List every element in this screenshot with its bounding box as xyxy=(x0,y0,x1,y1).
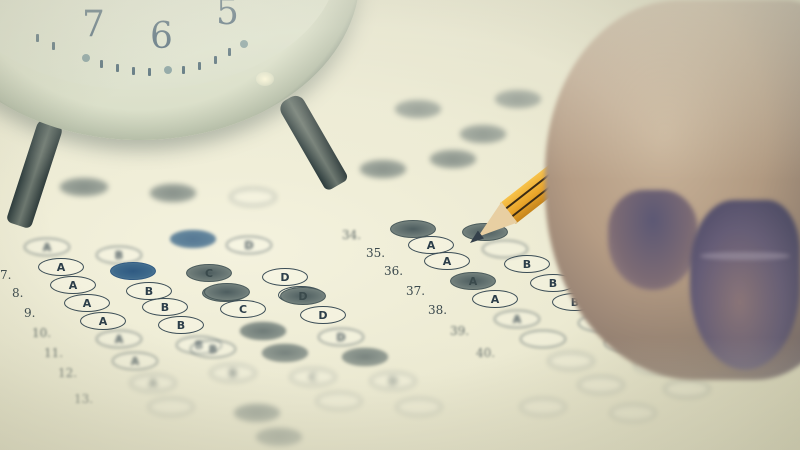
question-number: 37. xyxy=(406,284,425,298)
finger-crease xyxy=(700,252,790,260)
clock-leg-right xyxy=(277,92,350,192)
clock-tick xyxy=(182,66,185,74)
photo-scene: A B D 7. A C D 8. A B C D 9. A B D A B C… xyxy=(0,0,800,450)
answer-bubble: A xyxy=(130,374,176,392)
answer-bubble: A xyxy=(424,252,470,270)
clock-numeral: 7 xyxy=(82,4,105,45)
question-number: 38. xyxy=(428,303,447,317)
question-number: 12. xyxy=(58,366,77,380)
question-number: 40. xyxy=(476,346,495,360)
answer-bubble xyxy=(395,100,441,118)
clock-tick xyxy=(36,34,39,42)
question-number: 8. xyxy=(12,286,23,300)
answer-bubble xyxy=(360,160,406,178)
question-number: 7. xyxy=(0,268,11,282)
answer-bubble xyxy=(460,125,506,143)
answer-bubble-filled: D xyxy=(280,287,326,305)
answer-bubble: A xyxy=(96,330,142,348)
answer-bubble xyxy=(396,398,442,416)
answer-bubble xyxy=(148,398,194,416)
clock-tick xyxy=(228,48,231,56)
clock-tick xyxy=(214,56,217,64)
clock-tick xyxy=(164,66,172,74)
answer-bubble xyxy=(578,376,624,394)
answer-bubble: D xyxy=(370,372,416,390)
answer-bubble xyxy=(150,184,196,202)
answer-bubble: A xyxy=(494,310,540,328)
clock-tick xyxy=(198,62,201,70)
answer-bubble: D xyxy=(262,268,308,286)
question-number: 9. xyxy=(24,306,35,320)
question-number: 34. xyxy=(342,228,361,242)
answer-bubble xyxy=(316,392,362,410)
answer-bubble xyxy=(520,398,566,416)
answer-bubble xyxy=(60,178,108,196)
clock-glint xyxy=(256,72,274,86)
answer-bubble: A xyxy=(64,294,110,312)
answer-bubble-filled xyxy=(170,230,216,248)
finger xyxy=(690,200,800,370)
question-number: 39. xyxy=(450,324,469,338)
question-number: 36. xyxy=(384,264,403,278)
answer-bubble xyxy=(548,352,594,370)
answer-bubble: A xyxy=(50,276,96,294)
answer-bubble: B xyxy=(158,316,204,334)
answer-bubble: A xyxy=(112,352,158,370)
answer-bubble xyxy=(520,330,566,348)
answer-bubble: C xyxy=(220,300,266,318)
answer-bubble-filled xyxy=(256,428,302,446)
question-number: 11. xyxy=(44,346,63,360)
answer-bubble xyxy=(430,150,476,168)
question-number: 13. xyxy=(74,392,93,406)
clock-numeral: 5 xyxy=(216,0,239,33)
answer-bubble: D xyxy=(300,306,346,324)
clock-tick xyxy=(52,42,55,50)
answer-bubble: A xyxy=(472,290,518,308)
answer-bubble-filled xyxy=(240,322,286,340)
question-number: 10. xyxy=(32,326,51,340)
clock-leg-left xyxy=(6,117,65,230)
answer-bubble xyxy=(610,404,656,422)
answer-bubble xyxy=(495,90,541,108)
answer-bubble-filled xyxy=(110,262,156,280)
answer-bubble-filled xyxy=(204,283,250,301)
answer-bubble-filled xyxy=(390,220,436,238)
answer-bubble-filled: A xyxy=(450,272,496,290)
answer-bubble: B xyxy=(504,255,550,273)
answer-bubble-filled xyxy=(262,344,308,362)
answer-bubble: B xyxy=(210,364,256,382)
clock-numeral: 6 xyxy=(150,16,173,57)
clock-tick xyxy=(132,67,135,75)
clock-tick xyxy=(82,54,90,62)
answer-bubble: A xyxy=(24,238,70,256)
answer-bubble: B xyxy=(142,298,188,316)
answer-bubble xyxy=(664,380,710,398)
answer-bubble xyxy=(230,188,276,206)
answer-bubble: A xyxy=(80,312,126,330)
clock-tick xyxy=(148,68,151,76)
answer-bubble: D xyxy=(318,328,364,346)
finger xyxy=(608,190,698,290)
answer-bubble-filled: C xyxy=(186,264,232,282)
answer-bubble: C xyxy=(290,368,336,386)
question-number: 35. xyxy=(366,246,385,260)
answer-bubble-filled xyxy=(342,348,388,366)
answer-bubble: D xyxy=(226,236,272,254)
answer-bubble: B xyxy=(190,340,236,358)
answer-bubble: A xyxy=(38,258,84,276)
answer-bubble-filled xyxy=(234,404,280,422)
clock-tick xyxy=(240,40,248,48)
clock-tick xyxy=(100,60,103,68)
clock-tick xyxy=(116,64,119,72)
